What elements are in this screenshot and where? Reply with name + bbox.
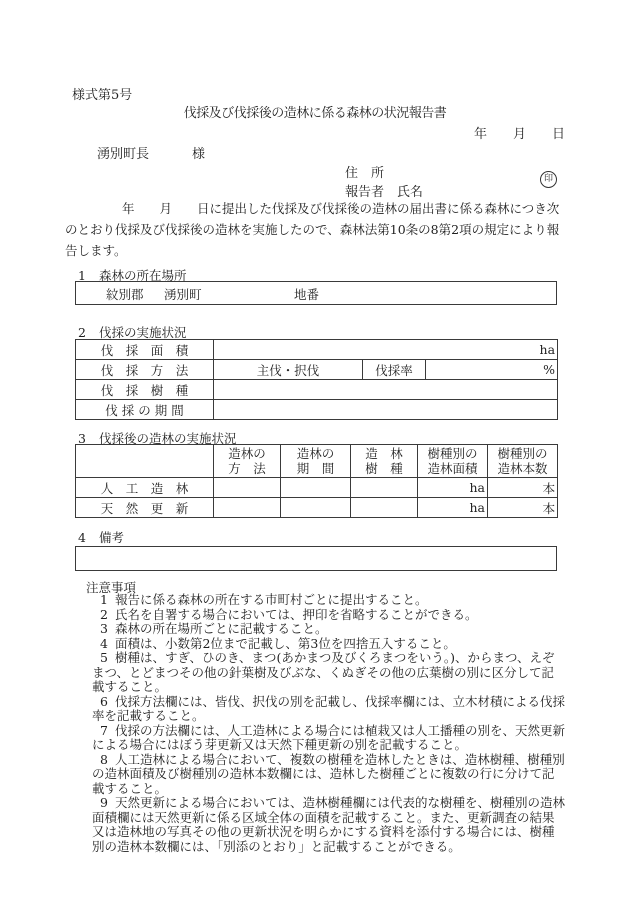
artificial-area-cell: ha [418, 478, 488, 498]
col-species-header: 造 林 樹 種 [351, 445, 418, 478]
note-text: 伐採方法欄には、皆伐、択伐の別を記載し、伐採率欄には、立木材積による伐採率を記載… [92, 694, 565, 724]
addressee-honorific: 様 [192, 147, 205, 162]
form-number: 様式第5号 [72, 84, 132, 103]
note-number: 4 [100, 636, 108, 651]
addressee-line: 湧別町長様 [97, 143, 205, 162]
district-name: 紋別郡 [106, 285, 144, 303]
note-item-5: 5樹種は、すぎ、ひのき、まつ(あかまつ及びくろまつをいう。)、からまつ、えぞまつ… [92, 651, 566, 695]
reforestation-status-table: 造林の 方 法 造林の 期 間 造 林 樹 種 樹種別の 造林面積 樹種別の 造… [75, 444, 558, 518]
col-method-line1: 造林の [216, 446, 278, 461]
note-number: 9 [100, 795, 108, 810]
section2-number: 2 [78, 325, 86, 340]
table-row: 伐 採 方 法 主伐・択伐 伐採率 % [76, 360, 558, 380]
report-date-line: 年 月 日 [474, 123, 565, 142]
remarks-box [75, 546, 557, 571]
note-item-4: 4面積は、小数第2位まで記載し、第3位を四捨五入すること。 [92, 637, 566, 652]
note-text: 人工造林による場合において、複数の樹種を造林したときは、造林樹種、樹種別の造林面… [92, 752, 565, 796]
natural-species-cell [351, 498, 418, 518]
note-item-9: 9天然更新による場合においては、造林樹種欄には代表的な樹種を、樹種別の造林面積欄… [92, 796, 566, 854]
seal-stamp-icon: 印 [540, 171, 557, 188]
table-row: 人 工 造 林 ha 本 [76, 478, 558, 498]
note-number: 8 [100, 752, 108, 767]
cutting-area-value-cell: ha [214, 340, 558, 360]
artificial-method-cell [214, 478, 281, 498]
note-text: 天然更新による場合においては、造林樹種欄には代表的な樹種を、樹種別の造林面積欄に… [92, 795, 565, 854]
note-number: 6 [100, 694, 108, 709]
table-header-row: 造林の 方 法 造林の 期 間 造 林 樹 種 樹種別の 造林面積 樹種別の 造… [76, 445, 558, 478]
notes-list: 1報告に係る森林の所在する市町村ごとに提出すること。 2氏名を自署する場合におい… [92, 593, 566, 854]
cutting-period-value-cell [214, 400, 558, 420]
col-method-line2: 方 法 [216, 461, 278, 476]
table-row: 伐 採 の 期 間 [76, 400, 558, 420]
cutting-period-label: 伐 採 の 期 間 [76, 400, 214, 420]
note-item-6: 6伐採方法欄には、皆伐、択伐の別を記載し、伐採率欄には、立木材積による伐採率を記… [92, 695, 566, 724]
col-area-header: 樹種別の 造林面積 [418, 445, 488, 478]
col-method-header: 造林の 方 法 [214, 445, 281, 478]
note-item-7: 7伐採の方法欄には、人工造林による場合には植栽又は人工播種の別を、天然更新による… [92, 724, 566, 753]
section2-title: 伐採の実施状況 [99, 325, 187, 340]
note-text: 面積は、小数第2位まで記載し、第3位を四捨五入すること。 [115, 636, 456, 651]
col-count-line1: 樹種別の [490, 446, 555, 461]
lot-number-label: 地番 [294, 285, 319, 303]
section4-heading: 4備考 [78, 528, 124, 546]
note-text: 氏名を自署する場合においては、押印を省略することができる。 [115, 607, 478, 622]
town-name: 湧別町 [164, 285, 202, 303]
col-area-line1: 樹種別の [420, 446, 485, 461]
note-number: 7 [100, 723, 108, 738]
table-row: 伐 採 樹 種 [76, 380, 558, 400]
natural-area-cell: ha [418, 498, 488, 518]
addressee-name: 湧別町長 [97, 147, 149, 162]
cutting-rate-value-cell: % [426, 360, 558, 380]
table-row: 天 然 更 新 ha 本 [76, 498, 558, 518]
cutting-species-value-cell [214, 380, 558, 400]
note-item-8: 8人工造林による場合において、複数の樹種を造林したときは、造林樹種、樹種別の造林… [92, 753, 566, 797]
natural-period-cell [281, 498, 351, 518]
report-form-sheet: 様式第5号 伐採及び伐採後の造林に係る森林の状況報告書 年 月 日 湧別町長様 … [0, 0, 630, 915]
col-count-line2: 造林本数 [490, 461, 555, 476]
note-text: 報告に係る森林の所在する市町村ごとに提出すること。 [115, 592, 428, 607]
cutting-species-label: 伐 採 樹 種 [76, 380, 214, 400]
cutting-area-label: 伐 採 面 積 [76, 340, 214, 360]
cutting-rate-label: 伐採率 [363, 360, 426, 380]
note-text: 伐採の方法欄には、人工造林による場合には植栽又は人工播種の別を、天然更新による場… [92, 723, 565, 753]
col-count-header: 樹種別の 造林本数 [488, 445, 558, 478]
artificial-planting-label: 人 工 造 林 [76, 478, 214, 498]
col-period-line1: 造林の [283, 446, 348, 461]
col-area-line2: 造林面積 [420, 461, 485, 476]
note-text: 森林の所在場所ごとに記載すること。 [115, 621, 328, 636]
col-species-line1: 造 林 [353, 446, 415, 461]
note-number: 2 [100, 607, 108, 622]
artificial-period-cell [281, 478, 351, 498]
natural-method-cell [214, 498, 281, 518]
address-label: 住 所 [345, 162, 384, 181]
note-text: 樹種は、すぎ、ひのき、まつ(あかまつ及びくろまつをいう。)、からまつ、えぞまつ、… [92, 650, 554, 694]
corner-cell [76, 445, 214, 478]
cutting-method-value: 主伐・択伐 [214, 360, 363, 380]
note-item-3: 3森林の所在場所ごとに記載すること。 [92, 622, 566, 637]
artificial-species-cell [351, 478, 418, 498]
cutting-status-table: 伐 採 面 積 ha 伐 採 方 法 主伐・択伐 伐採率 % 伐 採 樹 種 伐… [75, 339, 558, 420]
col-period-header: 造林の 期 間 [281, 445, 351, 478]
section4-title: 備考 [99, 530, 124, 545]
note-item-1: 1報告に係る森林の所在する市町村ごとに提出すること。 [92, 593, 566, 608]
note-number: 1 [100, 592, 108, 607]
note-number: 5 [100, 650, 108, 665]
body-paragraph: 年 月 日に提出した伐採及び伐採後の造林の届出書に係る森林につき次のとおり伐採及… [65, 198, 563, 261]
cutting-method-label: 伐 採 方 法 [76, 360, 214, 380]
table-row: 伐 採 面 積 ha [76, 340, 558, 360]
natural-regeneration-label: 天 然 更 新 [76, 498, 214, 518]
note-item-2: 2氏名を自署する場合においては、押印を省略することができる。 [92, 608, 566, 623]
section4-number: 4 [78, 530, 86, 545]
col-species-line2: 樹 種 [353, 461, 415, 476]
page-title: 伐採及び伐採後の造林に係る森林の状況報告書 [0, 102, 630, 121]
forest-location-table: 紋別郡 湧別町 地番 [75, 281, 557, 305]
natural-count-cell: 本 [488, 498, 558, 518]
col-period-line2: 期 間 [283, 461, 348, 476]
note-number: 3 [100, 621, 108, 636]
artificial-count-cell: 本 [488, 478, 558, 498]
